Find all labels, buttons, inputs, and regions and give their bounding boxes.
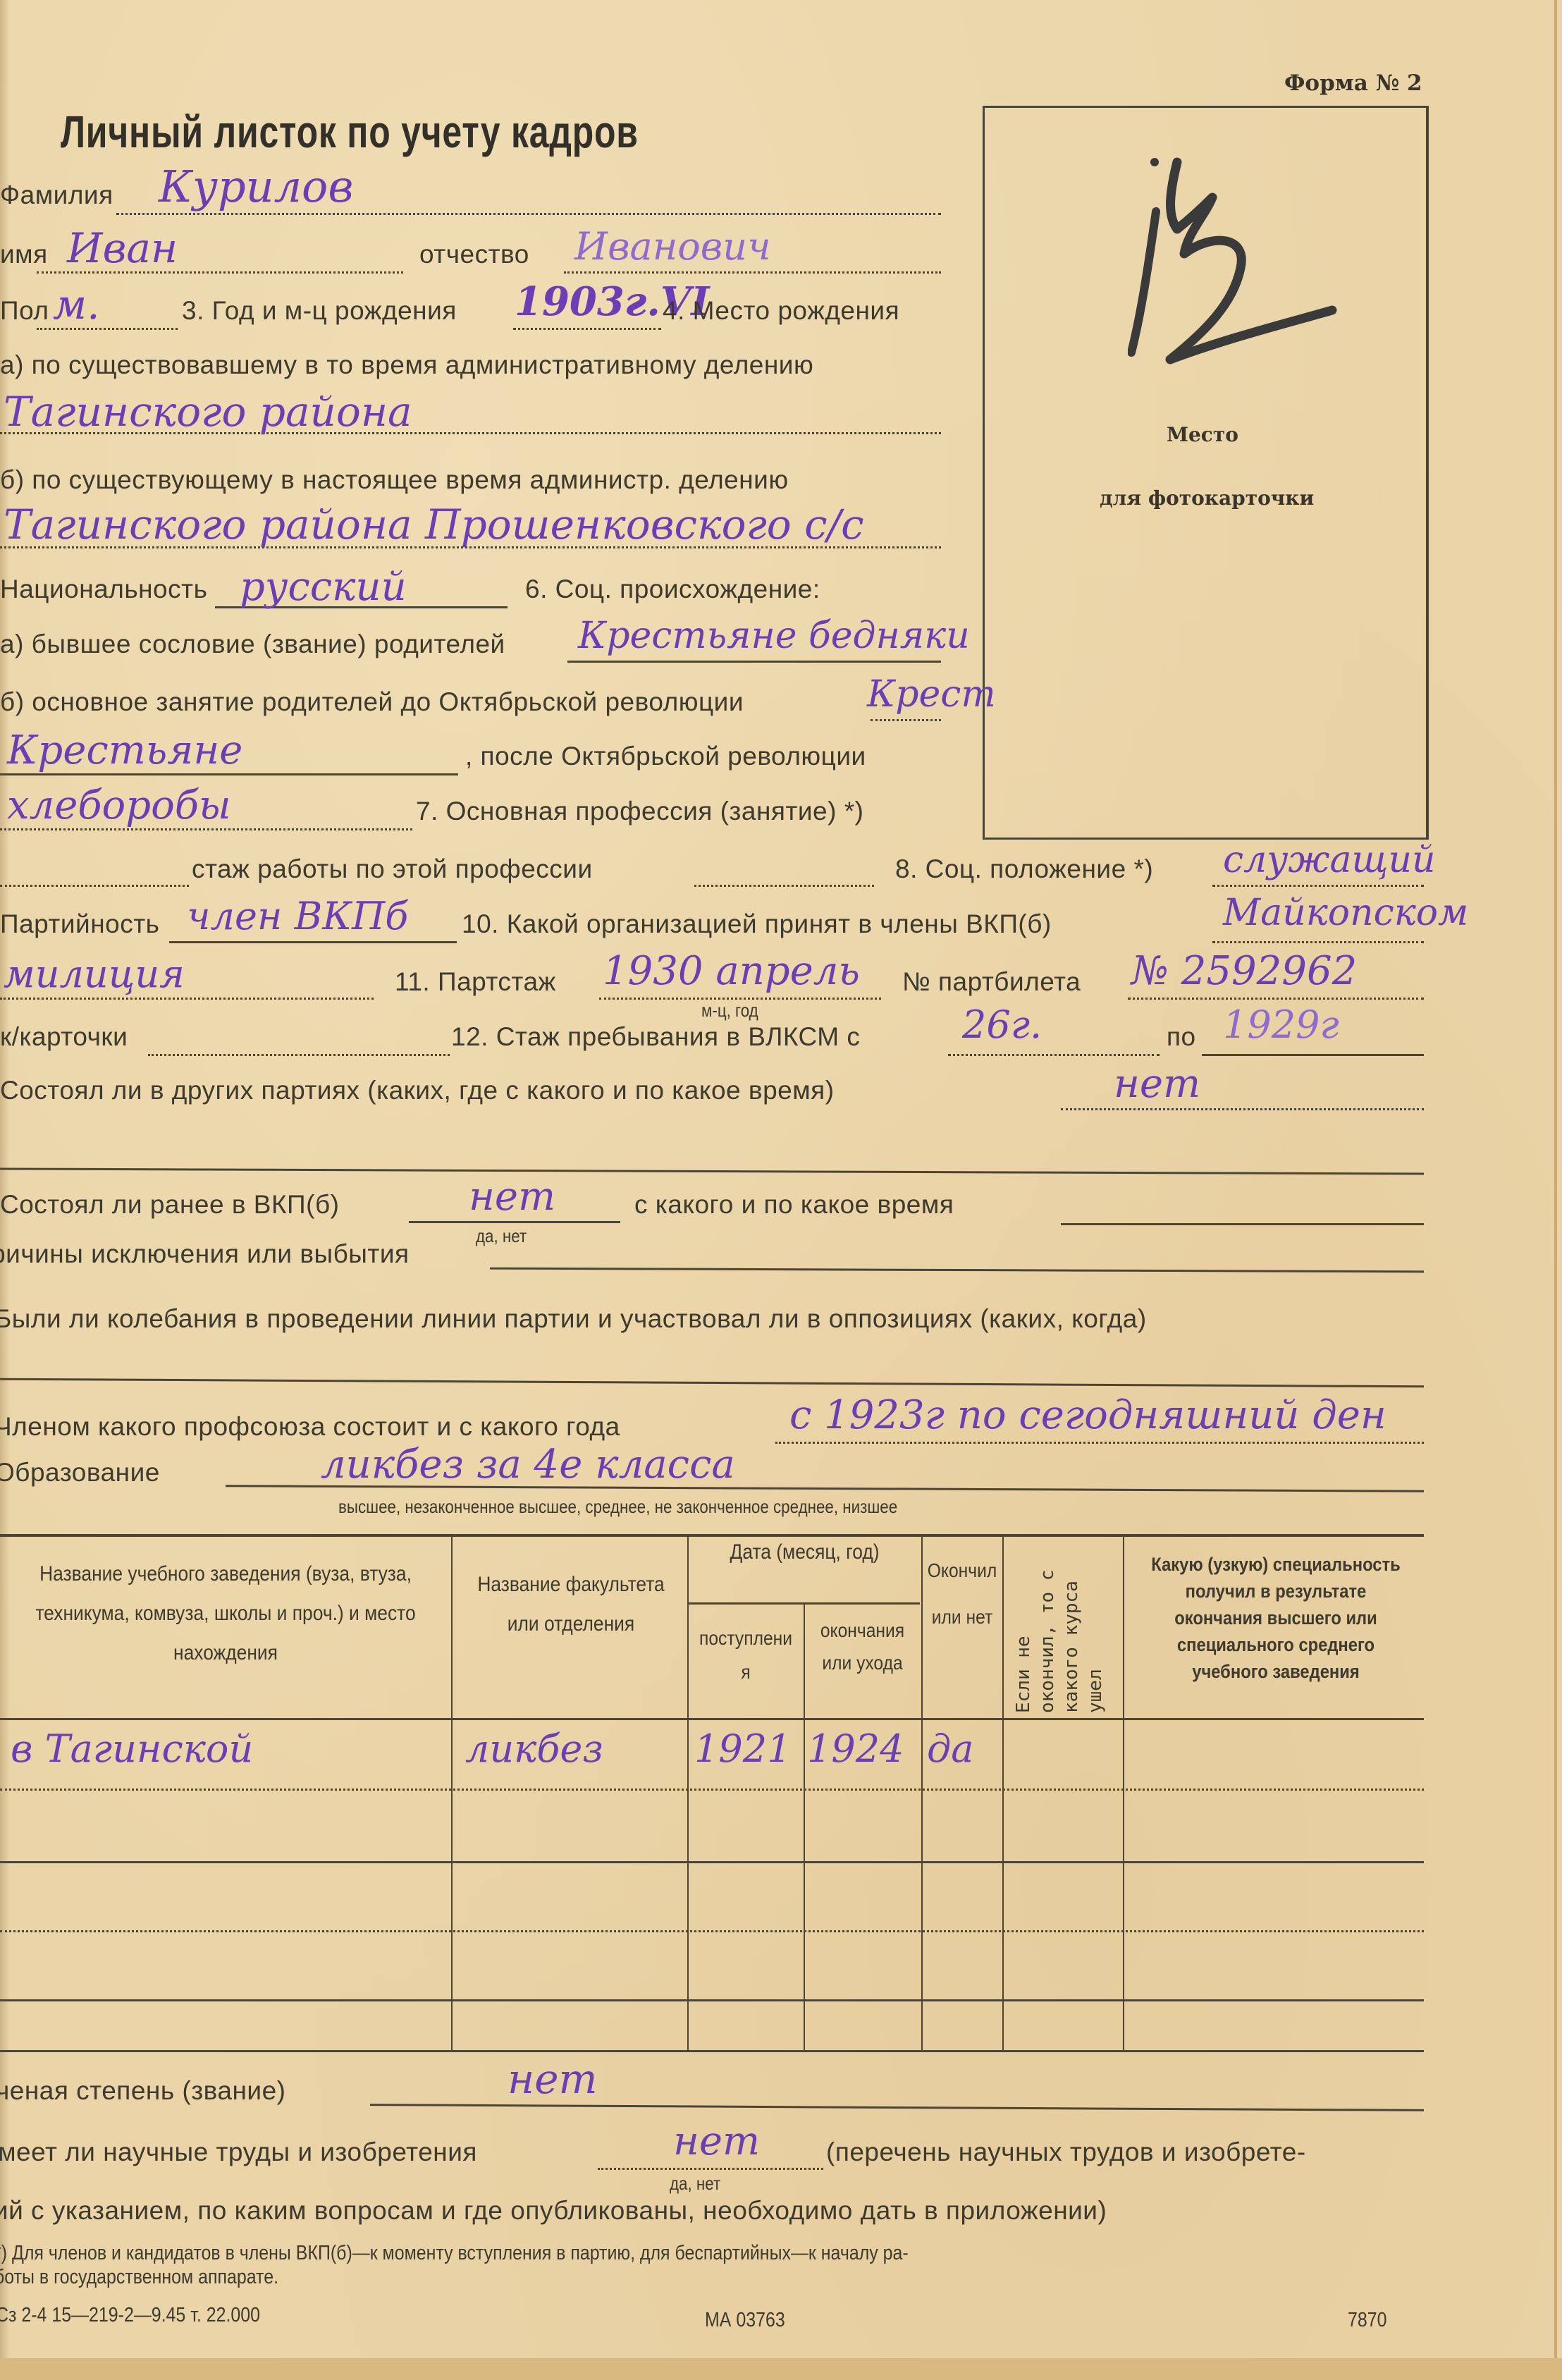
birth-place-old-label: а) по существовавшему в то время админис… [0, 350, 813, 380]
patronymic-line [564, 271, 941, 274]
footnote-line-1: *) Для членов и кандидатов в члены ВКП(б… [0, 2242, 909, 2265]
header-date-text: Дата (месяц, год) [730, 1537, 879, 1568]
header-left-text: окончания или ухода [812, 1614, 913, 1679]
komsomol-to-line [1202, 1054, 1424, 1056]
former-vkp-period-line [1061, 1223, 1424, 1225]
profession-years-line [694, 885, 874, 887]
degree-value[interactable]: нет [508, 2055, 598, 2103]
header-graduated-text: Окончил или нет [928, 1547, 997, 1640]
surname-line [116, 213, 941, 215]
imprint-left: Сз 2-4 15—219-2—9.45 т. 22.000 [0, 2304, 260, 2327]
card-line [148, 1054, 450, 1056]
birth-place-new-value[interactable]: Тагинского района Прошенковского с/с [4, 501, 864, 548]
party-since-value[interactable]: 1930 апрель [603, 948, 860, 994]
parents-occupation-before-line [871, 719, 941, 721]
table-cell-graduated[interactable]: да [927, 1726, 1001, 1771]
nationality-value[interactable]: русский [240, 564, 407, 610]
table-col-divider [687, 1534, 689, 2050]
table-cell-institution[interactable]: в Тагинской [11, 1726, 448, 1771]
party-card-label: № партбилета [902, 967, 1081, 997]
other-parties-line [1061, 1108, 1424, 1110]
table-header-bottom [0, 1718, 1424, 1720]
surname-label: Фамилия [0, 180, 113, 210]
parents-occupation-after-value[interactable]: хлеборобы [7, 783, 231, 828]
paper-bottom-edge [0, 2358, 1562, 2380]
nationality-label: Национальность [0, 575, 207, 604]
sex-value[interactable]: м. [53, 281, 100, 329]
other-parties-value[interactable]: нет [1114, 1061, 1200, 1107]
education-label: Образование [0, 1458, 160, 1487]
birth-date-line [513, 328, 661, 330]
parents-estate-value[interactable]: Крестьяне бедняки [578, 615, 970, 657]
birth-place-label: 4. Место рождения [663, 296, 899, 326]
header-institution-text: Название учебного заведения (вуза, втуза… [27, 1554, 424, 1673]
imprint-right: 7870 [1348, 2309, 1386, 2332]
degree-label: Ученая степень (звание) [0, 2076, 286, 2106]
komsomol-to-value[interactable]: 1929г [1223, 1002, 1339, 1047]
birth-date-label: 3. Год и м-ц рождения [182, 296, 457, 326]
party-org-line [1212, 941, 1424, 943]
former-vkp-sublabel: да, нет [476, 1225, 527, 1247]
form-number: Форма № 2 [1284, 70, 1422, 96]
education-value[interactable]: ликбез за 4е класса [321, 1442, 735, 1487]
komsomol-to-label: по [1167, 1022, 1196, 1052]
party-card-value[interactable]: № 2592962 [1131, 948, 1357, 994]
table-cell-entered[interactable]: 1921 [694, 1726, 800, 1771]
party-since-sublabel: м-ц, год [701, 1000, 758, 1022]
other-parties-label: Состоял ли в других партиях (каких, где … [0, 1076, 835, 1105]
table-header-left: окончания или ухода [805, 1614, 920, 1679]
parents-estate-line [567, 661, 941, 663]
party-org-cont-line [0, 998, 374, 1000]
birth-place-old-value[interactable]: Тагинского района [4, 388, 412, 436]
social-status-label: 8. Соц. положение *) [895, 854, 1153, 884]
parents-occupation-after-label: , после Октябрьской революции [465, 742, 866, 771]
works-sublabel: да, нет [670, 2173, 720, 2195]
card-label: к/карточки [0, 1022, 128, 1052]
header-specialty-text: Какую (узкую) специальность получил в ре… [1145, 1551, 1406, 1685]
profession-years-label: стаж работы по этой профессии [192, 854, 593, 884]
party-card-line [1128, 998, 1424, 1000]
party-org-value[interactable]: Майкопском [1223, 892, 1468, 934]
former-vkp-period-label: с какого и по какое время [634, 1190, 954, 1220]
trade-union-label: Членом какого профсоюза состоит и с како… [0, 1412, 620, 1442]
social-origin-label: 6. Соц. происхождение: [525, 575, 820, 604]
works-note-cont: ний с указанием, по каким вопросам и где… [0, 2196, 1107, 2226]
patronymic-value[interactable]: Иванович [574, 224, 771, 269]
former-vkp-label: Состоял ли ранее в ВКП(б) [0, 1190, 339, 1220]
document-title: Личный листок по учету кадров [61, 106, 639, 158]
name-label: имя [0, 240, 48, 269]
table-col-divider [1123, 1534, 1124, 2050]
table-row-divider [0, 1999, 1424, 2001]
education-sublabel: высшее, незаконченное высшее, среднее, н… [338, 1496, 897, 1518]
profession-label: 7. Основная профессия (занятие) *) [416, 797, 863, 826]
table-bottom-border [0, 2050, 1424, 2052]
table-cell-faculty[interactable]: ликбез [465, 1726, 684, 1771]
parents-occupation-after-line [0, 828, 412, 830]
oppositions-label: Были ли колебания в проведении линии пар… [0, 1304, 1147, 1334]
table-header-specialty: Какую (узкую) специальность получил в ре… [1128, 1551, 1424, 1685]
photo-label-place: Место [1167, 423, 1238, 446]
pencil-mark-13-icon [1128, 148, 1382, 388]
komsomol-from-value[interactable]: 26г. [962, 1002, 1042, 1047]
works-note: (перечень научных трудов и изобрете- [826, 2137, 1306, 2167]
table-header-entered: поступления [689, 1621, 802, 1689]
former-vkp-line [409, 1221, 620, 1223]
parents-occupation-before-label: б) основное занятие родителей до Октябрь… [0, 687, 744, 717]
works-label: Имеет ли научные труды и изобретения [0, 2137, 477, 2167]
party-line [169, 941, 457, 943]
table-col-divider [451, 1534, 453, 2050]
header-entered-text: поступления [696, 1621, 796, 1689]
name-value[interactable]: Иван [67, 224, 178, 272]
table-header-faculty: Название факультета или отделения [458, 1565, 684, 1644]
parents-estate-label: а) бывшее сословие (звание) родителей [0, 630, 505, 659]
komsomol-label: 12. Стаж пребывания в ВЛКСМ с [451, 1022, 860, 1052]
party-org-label: 10. Какой организацией принят в члены ВК… [462, 909, 1052, 939]
parents-occupation-before-cont[interactable]: Крестьяне [7, 728, 242, 773]
party-label: Партийность [0, 909, 159, 939]
surname-value[interactable]: Курилов [159, 161, 353, 212]
table-header-institution: Название учебного заведения (вуза, втуза… [0, 1554, 451, 1673]
parents-occupation-cont-line [0, 773, 458, 775]
parents-occupation-before-value[interactable]: Крест [867, 673, 996, 716]
table-header-graduated: Окончил или нет [923, 1547, 1002, 1640]
former-vkp-value[interactable]: нет [469, 1174, 555, 1220]
komsomol-from-line [948, 1054, 1160, 1056]
photo-label-photo: для фотокарточки [1100, 486, 1314, 510]
profession-value-line [0, 885, 189, 887]
social-status-value[interactable]: служащий [1223, 839, 1436, 881]
trade-union-value[interactable]: с 1923г по сегодняшний ден [789, 1392, 1386, 1438]
party-value[interactable]: член ВКПб [187, 894, 408, 938]
table-header-course: Если не окончил, то с какого курса ушел [1011, 1544, 1117, 1713]
table-row-divider [0, 1930, 1424, 1932]
party-org-cont-value[interactable]: милиция [4, 952, 185, 996]
party-since-label: 11. Партстаж [395, 967, 556, 997]
table-cell-left[interactable]: 1924 [807, 1726, 920, 1771]
works-value[interactable]: нет [673, 2118, 760, 2164]
table-header-date: Дата (месяц, год) [687, 1537, 921, 1568]
patronymic-label: отчество [419, 240, 529, 269]
header-faculty-text: Название факультета или отделения [472, 1565, 670, 1644]
trade-union-line [775, 1442, 1424, 1444]
footnote-line-2: боты в государственном аппарате. [0, 2266, 278, 2289]
sex-label: Пол [0, 296, 49, 326]
exclusion-reasons-label: Причины исключения или выбытия [0, 1239, 410, 1269]
imprint-center: МА 03763 [705, 2309, 785, 2332]
table-col-divider [1002, 1534, 1004, 2050]
birth-place-new-label: б) по существующему в настоящее время ад… [0, 465, 789, 495]
table-row-divider [0, 1861, 1424, 1863]
table-row-divider [0, 1789, 1424, 1791]
social-status-line [1212, 885, 1424, 887]
works-line [598, 2168, 823, 2170]
